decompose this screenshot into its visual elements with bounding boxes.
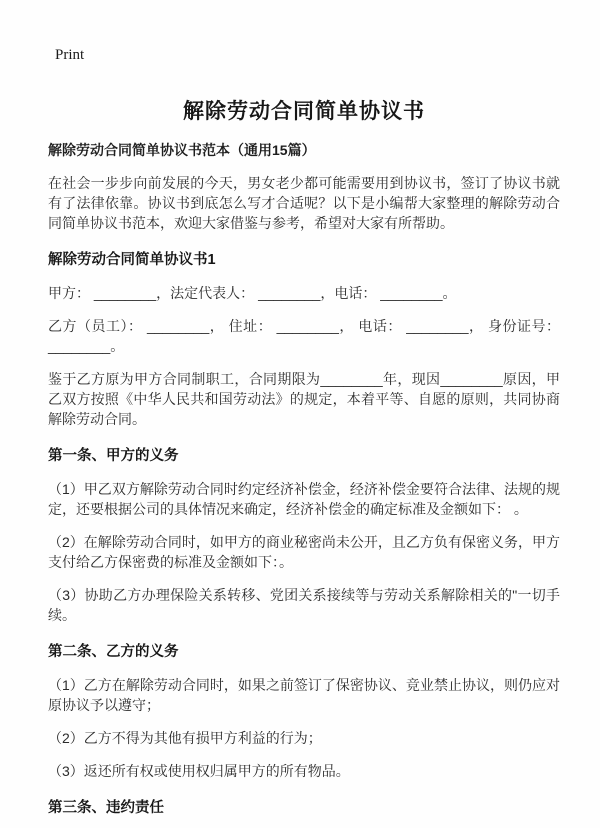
- preamble-paragraph: 鉴于乙方原为甲方合同制职工，合同期限为________年，现因________原…: [48, 369, 560, 429]
- sample-document-heading: 解除劳动合同简单协议书1: [48, 250, 560, 270]
- party-b-line: 乙方（员工）： ________， 住址： ________， 电话： ____…: [48, 316, 560, 356]
- intro-paragraph: 在社会一步步向前发展的今天，男女老少都可能需要用到协议书，签订了协议书就有了法律…: [48, 173, 560, 233]
- article-1-clause-1: （1）甲乙双方解除劳动合同时约定经济补偿金，经济补偿金要符合法律、法规的规定，还…: [48, 479, 560, 519]
- party-a-line: 甲方： ________，法定代表人： ________，电话： _______…: [48, 283, 560, 303]
- article-2-clause-2: （2）乙方不得为其他有损甲方利益的行为；: [48, 728, 560, 748]
- section-heading-article-2: 第二条、乙方的义务: [48, 642, 560, 662]
- section-heading-article-1: 第一条、甲方的义务: [48, 446, 560, 466]
- article-2-clause-3: （3）返还所有权或使用权归属甲方的所有物品。: [48, 761, 560, 781]
- article-2-clause-1: （1）乙方在解除劳动合同时，如果之前签订了保密协议、竞业禁止协议，则仍应对原协议…: [48, 675, 560, 715]
- page-title: 解除劳动合同简单协议书: [48, 98, 560, 125]
- section-heading-article-3: 第三条、违约责任: [48, 798, 560, 818]
- document-subtitle: 解除劳动合同简单协议书范本（通用15篇）: [48, 141, 560, 160]
- print-button[interactable]: Print: [55, 46, 84, 64]
- document-page: Print 解除劳动合同简单协议书 解除劳动合同简单协议书范本（通用15篇） 在…: [0, 0, 600, 828]
- article-1-clause-3: （3）协助乙方办理保险关系转移、党团关系接续等与劳动关系解除相关的"一切手续。: [48, 585, 560, 625]
- article-1-clause-2: （2）在解除劳动合同时，如甲方的商业秘密尚未公开，且乙方负有保密义务，甲方支付给…: [48, 532, 560, 572]
